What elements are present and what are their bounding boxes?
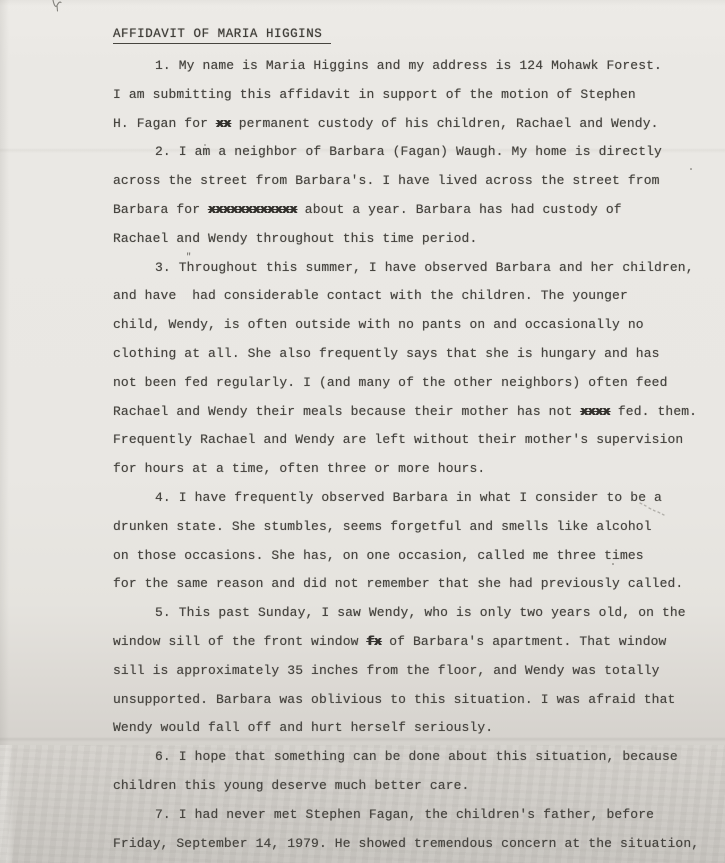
line-text: Rachael and Wendy their meals because th…: [113, 404, 580, 419]
document-title: AFFIDAVIT OF MARIA HIGGINS: [113, 27, 331, 41]
document-line: children this young deserve much better …: [113, 772, 707, 801]
line-text: clothing at all. She also frequently say…: [113, 346, 660, 361]
document-line: 7. I had never met Stephen Fagan, the ch…: [113, 801, 707, 830]
line-text: and have had considerable contact with t…: [113, 288, 628, 303]
line-text: 2. I am a neighbor of Barbara (Fagan) Wa…: [155, 144, 662, 159]
document-line: 4. I have frequently observed Barbara in…: [113, 484, 707, 513]
scanned-affidavit-page: AFFIDAVIT OF MARIA HIGGINS " 1. My name …: [0, 0, 725, 863]
document-line: on those occasions. She has, on one occa…: [113, 542, 707, 571]
document-line: Wendy would fall off and hurt herself se…: [113, 714, 707, 743]
document-line: H. Fagan for xx permanent custody of his…: [113, 110, 707, 139]
document-line: sill is approximately 35 inches from the…: [113, 657, 707, 686]
line-text: sill is approximately 35 inches from the…: [113, 663, 660, 678]
document-line: I am submitting this affidavit in suppor…: [113, 81, 707, 110]
line-text: 3. Throughout this summer, I have observ…: [155, 260, 694, 275]
overstruck-text: xx: [216, 116, 231, 131]
line-text: permanent custody of his children, Racha…: [231, 116, 659, 131]
document-line: window sill of the front window fx of Ba…: [113, 628, 707, 657]
line-text: of Barbara's apartment. That window: [381, 634, 666, 649]
line-text: about a year. Barbara has had custody of: [297, 202, 622, 217]
document-body: 1. My name is Maria Higgins and my addre…: [113, 52, 707, 858]
document-line: 5. This past Sunday, I saw Wendy, who is…: [113, 599, 707, 628]
line-text: Barbara for: [113, 202, 208, 217]
document-line: for hours at a time, often three or more…: [113, 455, 707, 484]
line-text: for the same reason and did not remember…: [113, 576, 683, 591]
line-text: fed. them.: [610, 404, 697, 419]
line-text: Rachael and Wendy throughout this time p…: [113, 231, 477, 246]
line-text: child, Wendy, is often outside with no p…: [113, 317, 644, 332]
document-line: clothing at all. She also frequently say…: [113, 340, 707, 369]
document-line: drunken state. She stumbles, seems forge…: [113, 513, 707, 542]
document-line: unsupported. Barbara was oblivious to th…: [113, 686, 707, 715]
document-line: and have had considerable contact with t…: [113, 282, 707, 311]
document-line: Barbara for xxxxxxxxxxxx about a year. B…: [113, 196, 707, 225]
document-line: for the same reason and did not remember…: [113, 570, 707, 599]
line-text: on those occasions. She has, on one occa…: [113, 548, 644, 563]
document-line: not been fed regularly. I (and many of t…: [113, 369, 707, 398]
line-text: not been fed regularly. I (and many of t…: [113, 375, 668, 390]
document-line: across the street from Barbara's. I have…: [113, 167, 707, 196]
line-text: H. Fagan for: [113, 116, 216, 131]
document-line: Frequently Rachael and Wendy are left wi…: [113, 426, 707, 455]
line-text: across the street from Barbara's. I have…: [113, 173, 660, 188]
line-text: Wendy would fall off and hurt herself se…: [113, 720, 493, 735]
line-text: for hours at a time, often three or more…: [113, 461, 485, 476]
line-text: Friday, September 14, 1979. He showed tr…: [113, 836, 699, 851]
line-text: children this young deserve much better …: [113, 778, 469, 793]
line-text: 5. This past Sunday, I saw Wendy, who is…: [155, 605, 686, 620]
document-line: Friday, September 14, 1979. He showed tr…: [113, 830, 707, 859]
overstruck-text: fx: [366, 634, 381, 649]
line-text: I am submitting this affidavit in suppor…: [113, 87, 636, 102]
line-text: Frequently Rachael and Wendy are left wi…: [113, 432, 683, 447]
overstruck-text: xxxxxxxxxxxx: [208, 202, 297, 217]
document-line: 3. Throughout this summer, I have observ…: [113, 254, 707, 283]
document-line: 2. I am a neighbor of Barbara (Fagan) Wa…: [113, 138, 707, 167]
line-text: unsupported. Barbara was oblivious to th…: [113, 692, 675, 707]
pen-smudge-mark: [638, 500, 668, 518]
document-line: child, Wendy, is often outside with no p…: [113, 311, 707, 340]
scan-speck: [690, 168, 692, 170]
line-text: window sill of the front window: [113, 634, 366, 649]
line-text: 6. I hope that something can be done abo…: [155, 749, 678, 764]
scan-speck: [204, 144, 206, 146]
document-line: 1. My name is Maria Higgins and my addre…: [113, 52, 707, 81]
scan-speck: [612, 563, 614, 565]
overstruck-text: xxxx: [580, 404, 610, 419]
document-line: 6. I hope that something can be done abo…: [113, 743, 707, 772]
line-text: 4. I have frequently observed Barbara in…: [155, 490, 662, 505]
line-text: 7. I had never met Stephen Fagan, the ch…: [155, 807, 654, 822]
document-line: Rachael and Wendy throughout this time p…: [113, 225, 707, 254]
pen-squiggle-mark: [50, 0, 66, 13]
line-text: 1. My name is Maria Higgins and my addre…: [155, 58, 662, 73]
document-title-text: AFFIDAVIT OF MARIA HIGGINS: [113, 27, 331, 44]
line-text: drunken state. She stumbles, seems forge…: [113, 519, 652, 534]
document-line: Rachael and Wendy their meals because th…: [113, 398, 707, 427]
